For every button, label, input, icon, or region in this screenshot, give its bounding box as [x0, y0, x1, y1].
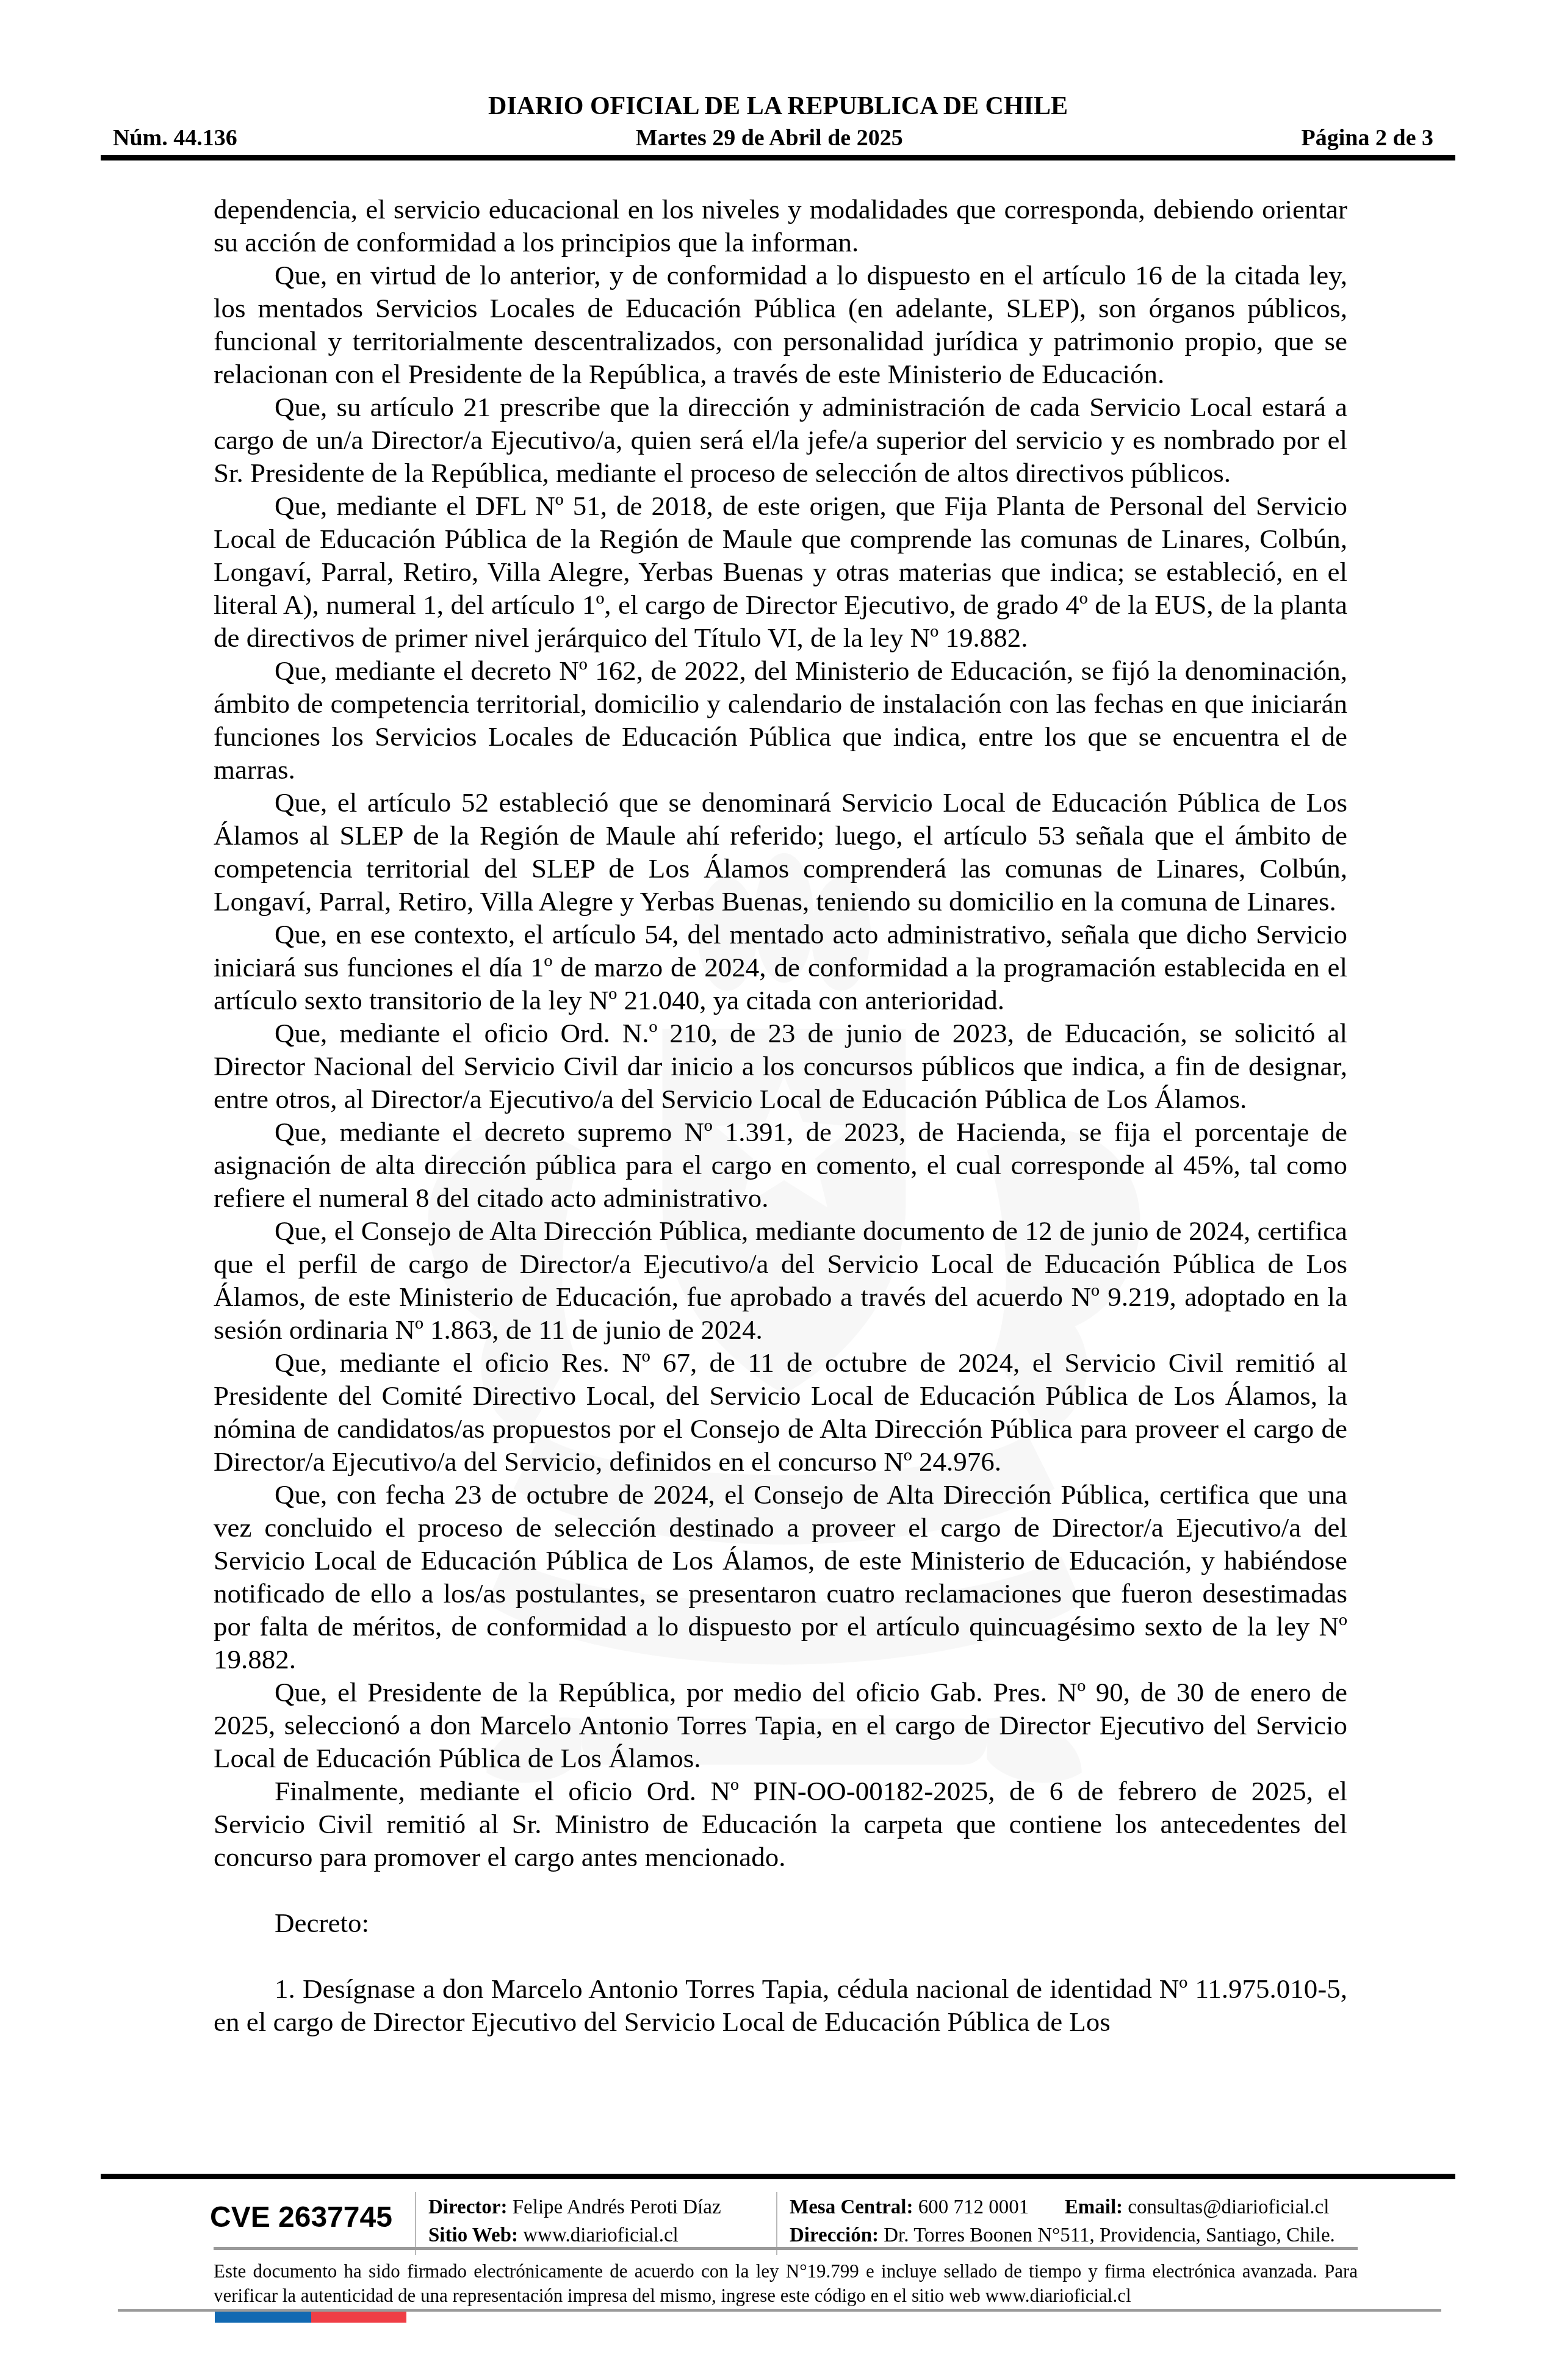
website-line: Sitio Web: www.diarioficial.cl	[428, 2221, 721, 2249]
phone-email-line: Mesa Central: 600 712 0001 Email: consul…	[790, 2193, 1335, 2221]
gazette-page: DIARIO OFICIAL DE LA REPUBLICA DE CHILE …	[0, 0, 1556, 2380]
signature-disclaimer: Este documento ha sido firmado electróni…	[214, 2259, 1358, 2308]
director-name: Felipe Andrés Peroti Díaz	[513, 2196, 721, 2218]
separator-rule	[214, 2247, 1358, 2250]
paragraph: dependencia, el servicio educacional en …	[214, 193, 1347, 259]
paragraph: Finalmente, mediante el oficio Ord. Nº P…	[214, 1775, 1347, 1873]
paragraph: Que, mediante el decreto supremo Nº 1.39…	[214, 1116, 1347, 1214]
website-label: Sitio Web:	[428, 2224, 518, 2246]
paragraph: Que, mediante el oficio Ord. N.º 210, de…	[214, 1017, 1347, 1116]
email-address: consultas@diarioficial.cl	[1128, 2196, 1329, 2218]
cve-code: CVE 2637745	[210, 2201, 392, 2234]
document-body: dependencia, el servicio educacional en …	[214, 193, 1347, 2038]
paragraph: Que, el Consejo de Alta Dirección Públic…	[214, 1214, 1347, 1346]
paragraph: Que, en ese contexto, el artículo 54, de…	[214, 918, 1347, 1017]
director-line: Director: Felipe Andrés Peroti Díaz	[428, 2193, 721, 2221]
footer-publisher-info: Director: Felipe Andrés Peroti Díaz Siti…	[428, 2193, 721, 2249]
paragraph: Que, con fecha 23 de octubre de 2024, el…	[214, 1478, 1347, 1676]
header-meta-row: Núm. 44.136 Martes 29 de Abril de 2025 P…	[101, 124, 1455, 151]
address-label: Dirección:	[790, 2224, 879, 2246]
footer-rule	[101, 2174, 1455, 2179]
issue-number: Núm. 44.136	[101, 124, 237, 151]
edition-date: Martes 29 de Abril de 2025	[636, 124, 903, 151]
paragraph: Que, mediante el decreto Nº 162, de 2022…	[214, 654, 1347, 786]
page-indicator: Página 2 de 3	[1302, 124, 1455, 151]
footer-divider	[776, 2192, 777, 2255]
website-url: www.diarioficial.cl	[523, 2224, 678, 2246]
paragraph: Que, mediante el oficio Res. Nº 67, de 1…	[214, 1346, 1347, 1478]
address-line: Dirección: Dr. Torres Boonen N°511, Prov…	[790, 2221, 1335, 2249]
paragraph: Que, el Presidente de la República, por …	[214, 1676, 1347, 1775]
decree-item: 1. Desígnase a don Marcelo Antonio Torre…	[214, 1972, 1347, 2038]
paragraph: Que, mediante el DFL Nº 51, de 2018, de …	[214, 489, 1347, 654]
phone-label: Mesa Central:	[790, 2196, 913, 2218]
header-rule	[101, 155, 1455, 160]
director-label: Director:	[428, 2196, 507, 2218]
masthead-title: DIARIO OFICIAL DE LA REPUBLICA DE CHILE	[0, 92, 1556, 121]
phone-number: 600 712 0001	[918, 2196, 1029, 2218]
footer-divider	[415, 2192, 416, 2255]
address-value: Dr. Torres Boonen N°511, Providencia, Sa…	[884, 2224, 1335, 2246]
paragraph: Que, en virtud de lo anterior, y de conf…	[214, 259, 1347, 391]
flag-blue-block	[215, 2312, 311, 2323]
email-label: Email:	[1065, 2196, 1123, 2218]
decree-heading: Decreto:	[214, 1906, 1347, 1939]
flag-red-block	[311, 2312, 406, 2323]
footer-contact-info: Mesa Central: 600 712 0001 Email: consul…	[790, 2193, 1335, 2249]
paragraph: Que, su artículo 21 prescribe que la dir…	[214, 391, 1347, 489]
paragraph: Que, el artículo 52 estableció que se de…	[214, 786, 1347, 918]
